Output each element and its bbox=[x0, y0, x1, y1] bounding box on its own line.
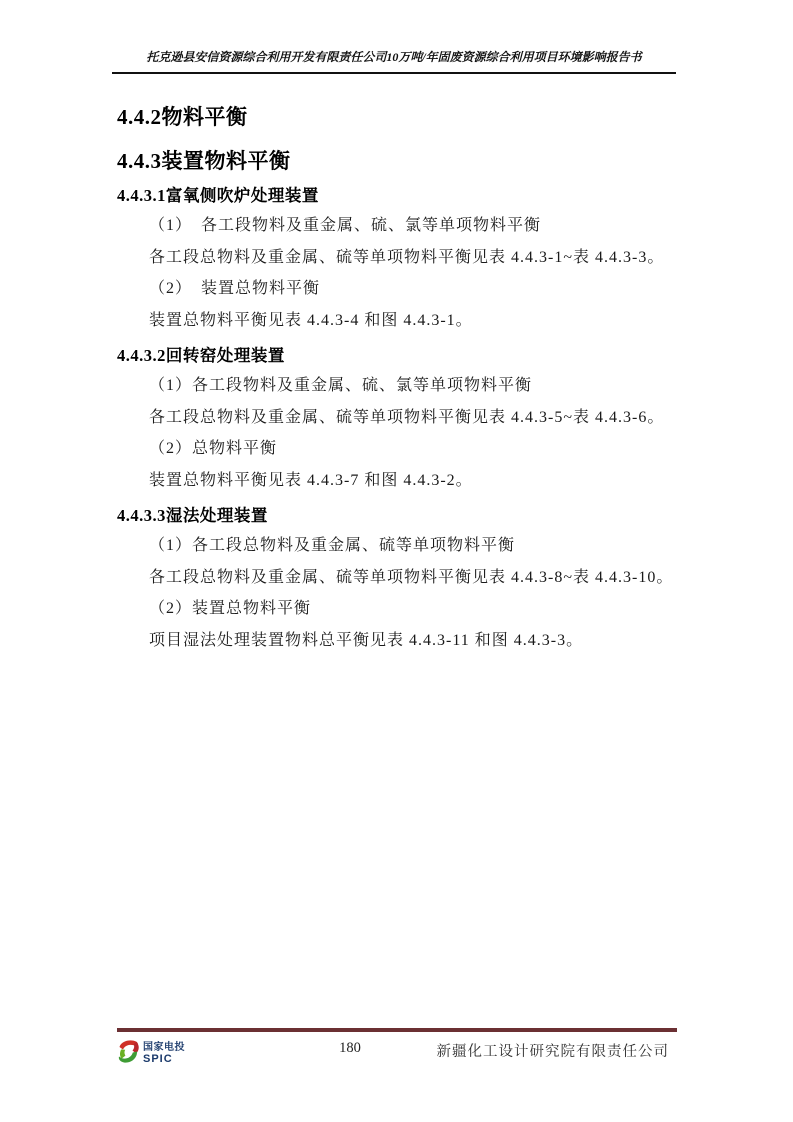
footer-company-name: 新疆化工设计研究院有限责任公司 bbox=[437, 1040, 670, 1061]
spic-logo-en-label: SPIC bbox=[143, 1054, 185, 1065]
page-footer: 国家电投 SPIC 180 新疆化工设计研究院有限责任公司 bbox=[117, 1037, 677, 1071]
paragraph: （1） 各工段物料及重金属、硫、氯等单项物料平衡 bbox=[117, 210, 677, 242]
spic-logo: 国家电投 SPIC bbox=[117, 1038, 185, 1069]
paragraph: （2）总物料平衡 bbox=[117, 433, 677, 465]
section-4-4-3-3: 4.4.3.3湿法处理装置 （1）各工段总物料及重金属、硫等单项物料平衡 各工段… bbox=[117, 504, 677, 656]
paragraph: 各工段总物料及重金属、硫等单项物料平衡见表 4.4.3-5~表 4.4.3-6。 bbox=[117, 402, 677, 434]
spic-swirl-icon bbox=[117, 1038, 140, 1069]
section-heading: 4.4.3.1富氧侧吹炉处理装置 bbox=[117, 184, 677, 208]
page-header-title: 托克逊县安信资源综合利用开发有限责任公司10万吨/年固废资源综合利用项目环境影响… bbox=[112, 48, 676, 74]
heading-4-4-3: 4.4.3装置物料平衡 bbox=[117, 146, 677, 176]
section-heading: 4.4.3.3湿法处理装置 bbox=[117, 504, 677, 528]
section-heading: 4.4.3.2回转窑处理装置 bbox=[117, 344, 677, 368]
paragraph: （1）各工段物料及重金属、硫、氯等单项物料平衡 bbox=[117, 370, 677, 402]
section-4-4-3-2: 4.4.3.2回转窑处理装置 （1）各工段物料及重金属、硫、氯等单项物料平衡 各… bbox=[117, 344, 677, 496]
paragraph: 装置总物料平衡见表 4.4.3-7 和图 4.4.3-2。 bbox=[117, 465, 677, 497]
paragraph: （2） 装置总物料平衡 bbox=[117, 273, 677, 305]
document-body: 4.4.2物料平衡 4.4.3装置物料平衡 4.4.3.1富氧侧吹炉处理装置 （… bbox=[117, 96, 677, 658]
paragraph: 项目湿法处理装置物料总平衡见表 4.4.3-11 和图 4.4.3-3。 bbox=[117, 625, 677, 657]
document-page: { "header": { "title": "托克逊县安信资源综合利用开发有限… bbox=[0, 0, 793, 1122]
paragraph: 各工段总物料及重金属、硫等单项物料平衡见表 4.4.3-8~表 4.4.3-10… bbox=[117, 562, 677, 594]
page-number: 180 bbox=[310, 1040, 390, 1057]
footer-rule bbox=[117, 1028, 677, 1032]
section-4-4-3-1: 4.4.3.1富氧侧吹炉处理装置 （1） 各工段物料及重金属、硫、氯等单项物料平… bbox=[117, 184, 677, 336]
paragraph: 各工段总物料及重金属、硫等单项物料平衡见表 4.4.3-1~表 4.4.3-3。 bbox=[117, 242, 677, 274]
spic-logo-cn-label: 国家电投 bbox=[143, 1043, 185, 1053]
paragraph: （1）各工段总物料及重金属、硫等单项物料平衡 bbox=[117, 530, 677, 562]
paragraph: 装置总物料平衡见表 4.4.3-4 和图 4.4.3-1。 bbox=[117, 305, 677, 337]
heading-4-4-2: 4.4.2物料平衡 bbox=[117, 102, 677, 132]
paragraph: （2）装置总物料平衡 bbox=[117, 593, 677, 625]
